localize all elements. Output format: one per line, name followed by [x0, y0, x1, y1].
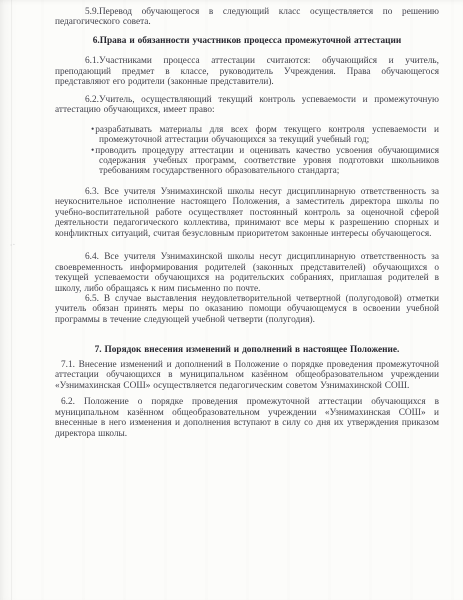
- paragraph-5-9: 5.9.Перевод обучающегося в следующий кла…: [55, 7, 439, 28]
- scan-artifact: :: [7, 243, 18, 248]
- list-item: •разрабатывать материалы для всех форм т…: [91, 125, 439, 146]
- paragraph-6-2-final: 6.2. Положение о порядке проведения пром…: [55, 397, 439, 439]
- paragraph-6-2-intro: 6.2.Учитель, осуществляющий текущий конт…: [55, 95, 439, 116]
- rights-bullet-list: •разрабатывать материалы для всех форм т…: [91, 125, 439, 177]
- paragraph-7-1: 7.1. Внесение изменений и дополнений в П…: [55, 360, 439, 391]
- list-item-text: проводить процедуру аттестации и оценива…: [95, 146, 439, 177]
- list-item-text: разрабатывать материалы для всех форм те…: [95, 125, 439, 145]
- paragraph-6-5: 6.5. В случае выставления неудовлетворит…: [55, 294, 439, 325]
- paragraph-6-1: 6.1.Участниками процесса аттестации счит…: [55, 56, 439, 87]
- document-page: : 5.9.Перевод обучающегося в следующий к…: [0, 0, 463, 600]
- paragraph-6-3: 6.3. Все учителя Узнимахинской школы нес…: [55, 187, 439, 239]
- scan-fold-line: [11, 0, 12, 600]
- document-content: 5.9.Перевод обучающегося в следующий кла…: [55, 7, 439, 439]
- section-heading-7: 7. Порядок внесения изменений и дополнен…: [55, 345, 439, 355]
- list-item: •проводить процедуру аттестации и оценив…: [91, 146, 439, 177]
- section-heading-6: 6.Права и обязанности участников процесс…: [55, 36, 439, 46]
- paragraph-6-4: 6.4. Все учителя Узнимахинской школы нес…: [55, 252, 439, 294]
